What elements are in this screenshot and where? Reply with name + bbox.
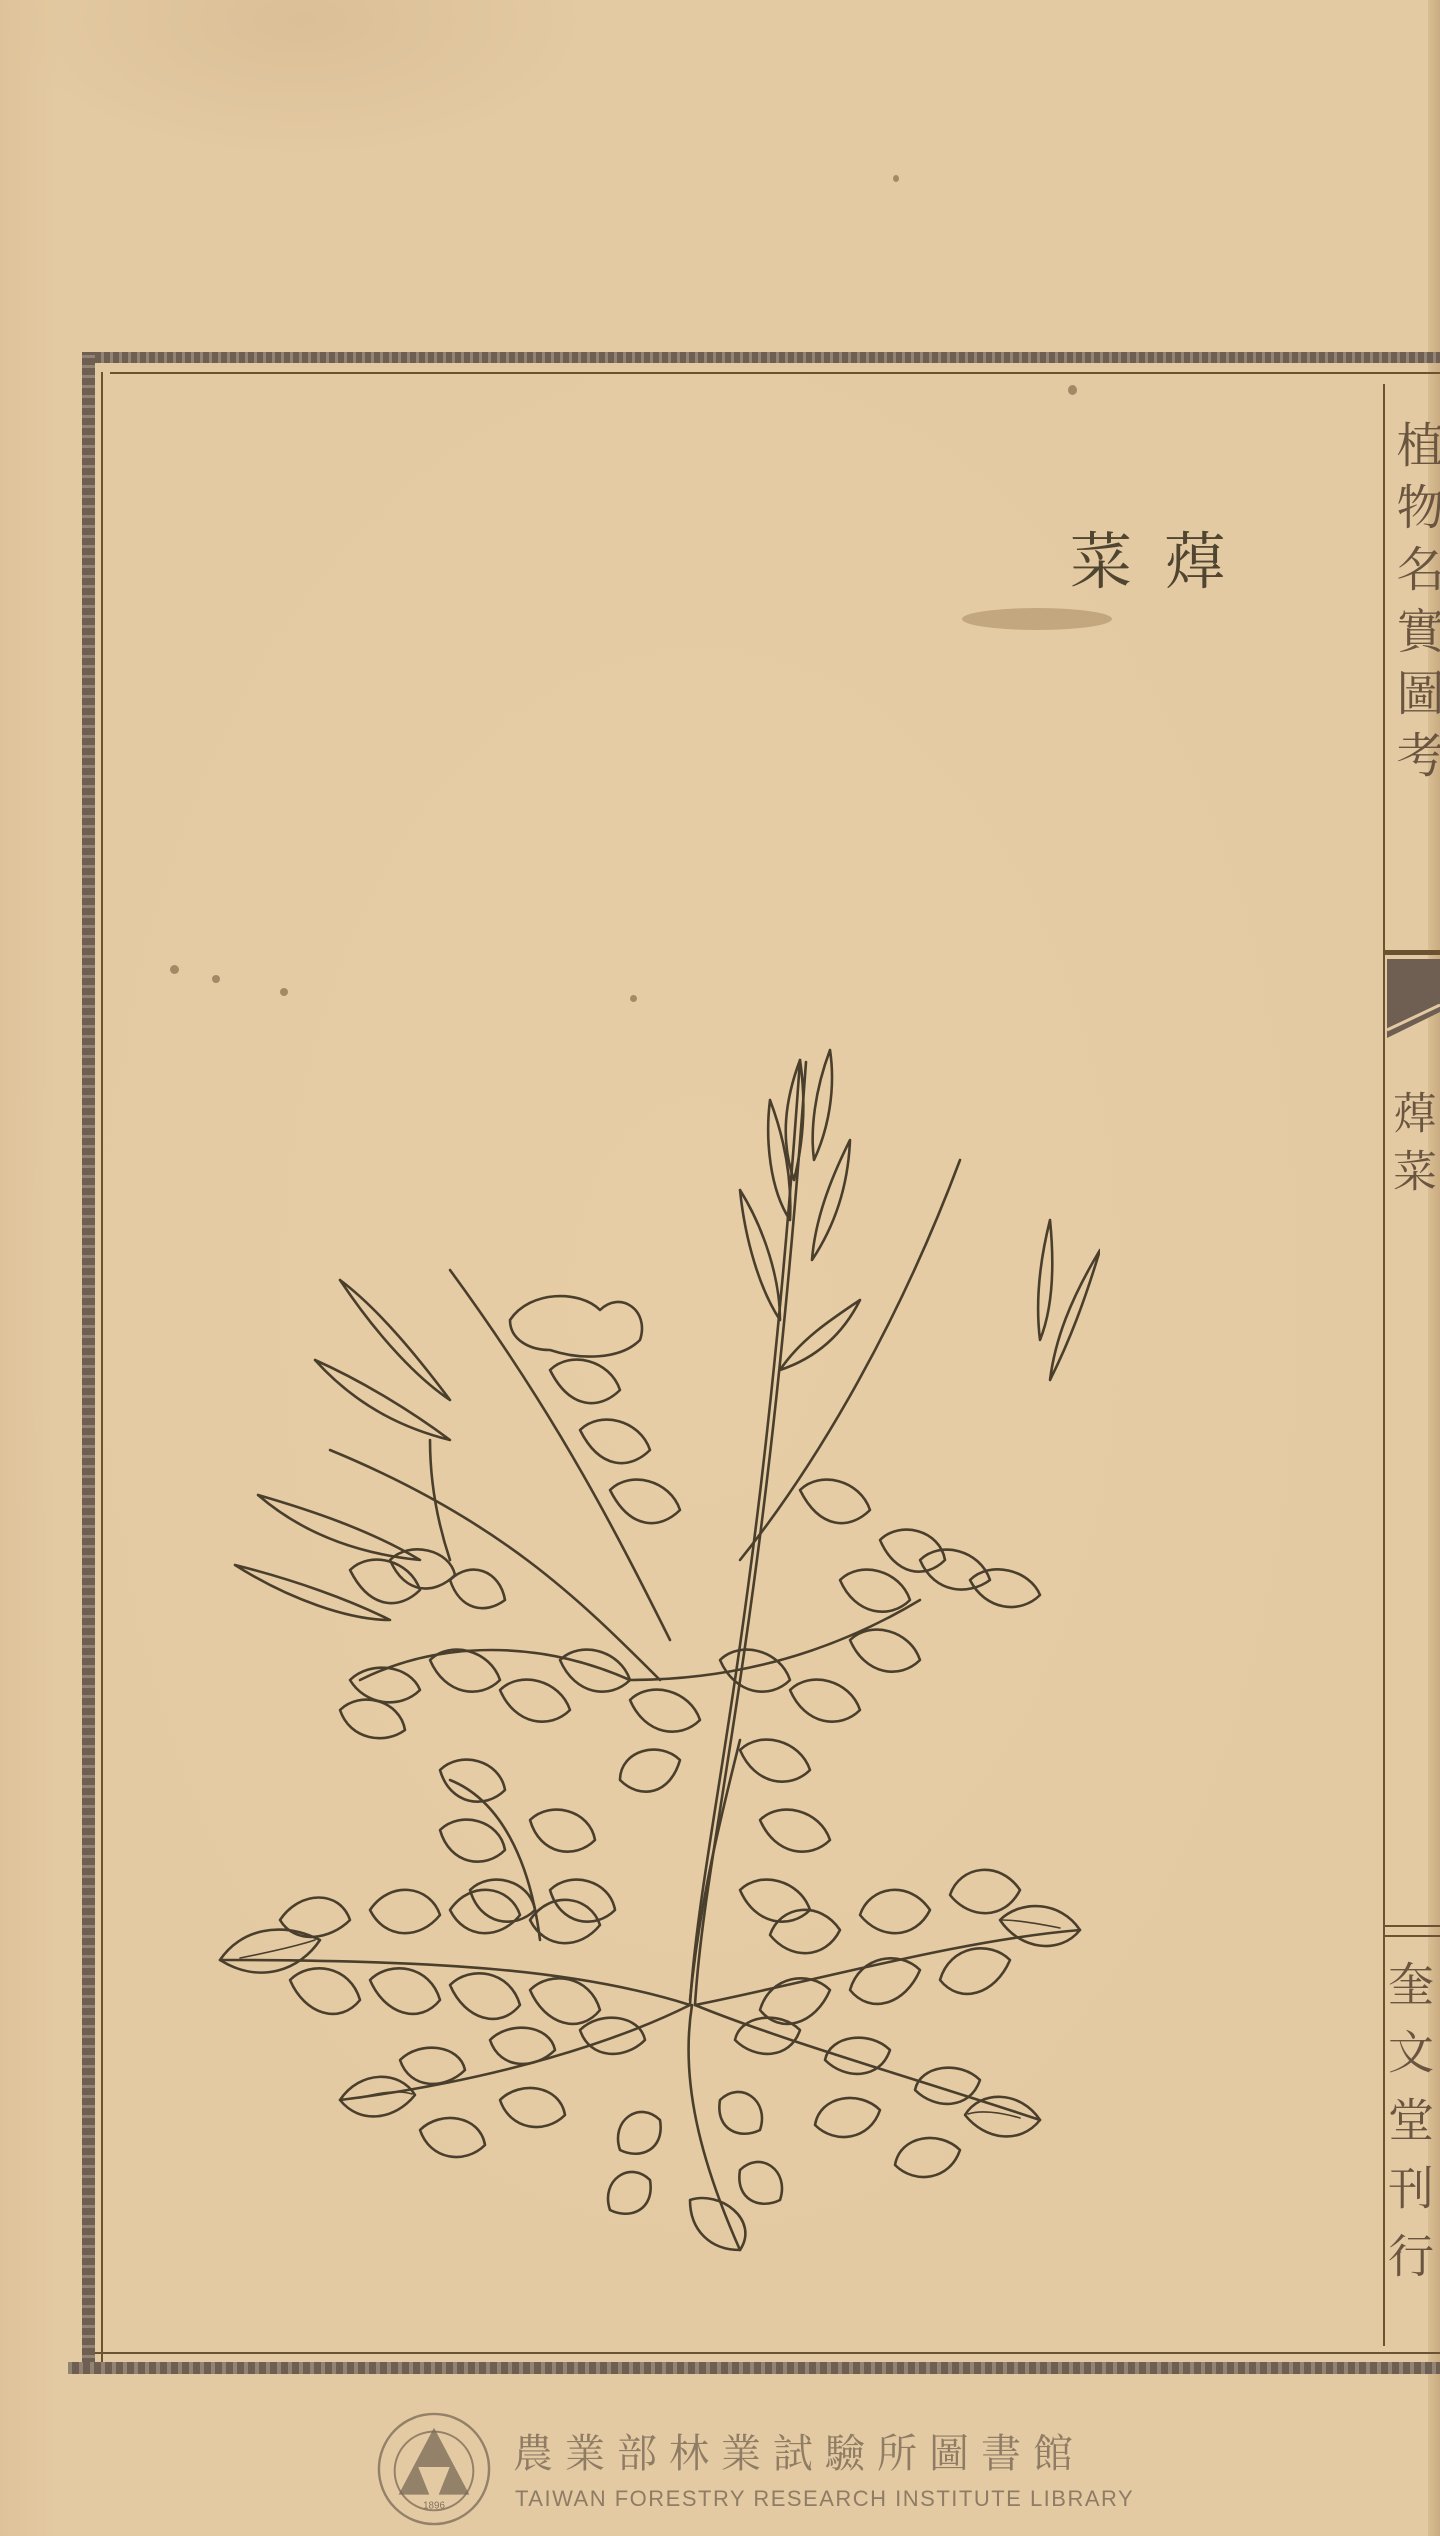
paper-speck — [212, 975, 220, 983]
frame-border-bottom — [68, 2362, 1440, 2374]
paper-speck — [630, 995, 637, 1002]
fold-rule — [1385, 1935, 1440, 1937]
library-watermark: 1896 農業部林業試驗所圖書館 TAIWAN FORESTRY RESEARC… — [375, 2410, 1075, 2530]
paper-speck — [170, 965, 179, 974]
margin-plant-name: 蔊菜 — [1388, 1090, 1432, 1206]
plate-title: 蔊菜 — [1070, 512, 1258, 601]
frame-border-left — [82, 352, 95, 2368]
paper-speck — [280, 988, 288, 996]
margin-book-title: 植物名實圖考 — [1398, 420, 1440, 940]
frame-border-top — [92, 352, 1440, 363]
library-seal-icon: 1896 — [375, 2410, 493, 2528]
margin-publisher: 奎文堂刊行 — [1385, 1960, 1431, 2300]
svg-text:1896: 1896 — [423, 2500, 445, 2511]
paper-speck — [893, 175, 899, 182]
paper-speck — [1068, 385, 1077, 395]
fishtail-ornament-icon — [1385, 950, 1440, 1040]
frame-border-top-inner — [110, 372, 1440, 374]
fold-rule — [1385, 1925, 1440, 1927]
library-name-english: TAIWAN FORESTRY RESEARCH INSTITUTE LIBRA… — [515, 2486, 1134, 2512]
ink-smudge — [962, 608, 1112, 630]
frame-border-left-inner — [101, 372, 103, 2362]
plant-illustration — [200, 1040, 1100, 2260]
frame-border-bottom-inner — [95, 2352, 1440, 2354]
library-name-chinese: 農業部林業試驗所圖書館 — [513, 2422, 1085, 2479]
